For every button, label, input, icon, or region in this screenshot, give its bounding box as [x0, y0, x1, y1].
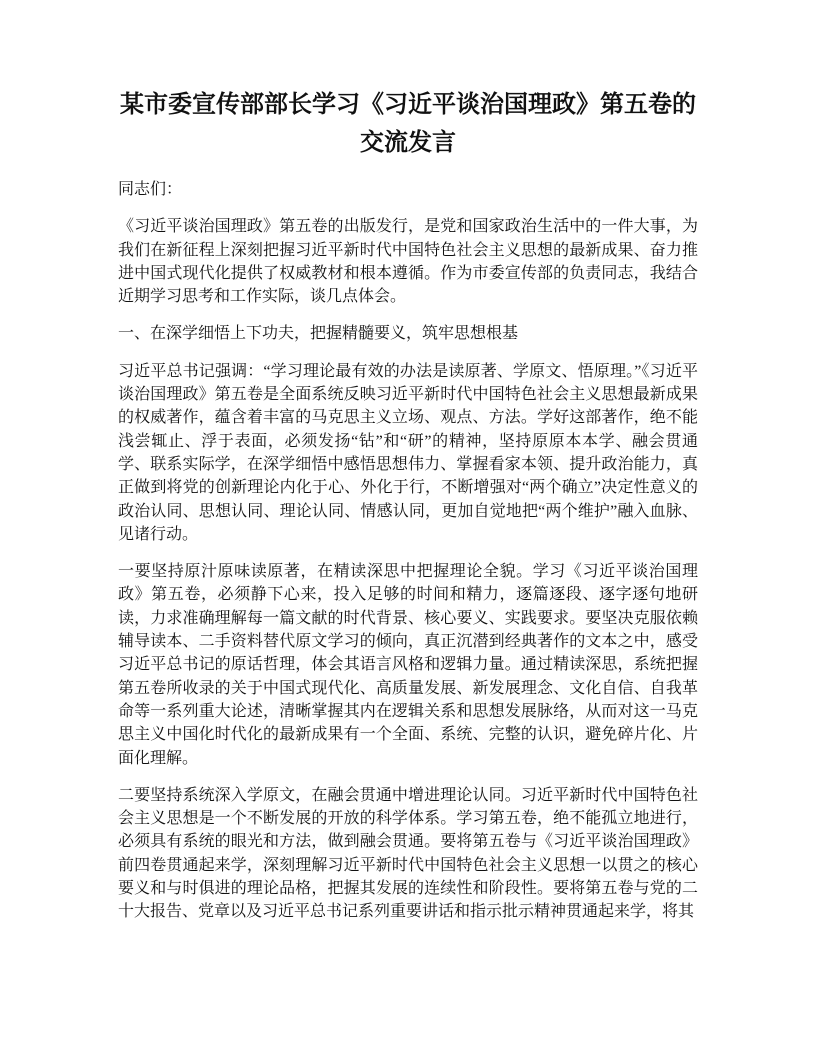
paragraph-point-1: 一要坚持原汁原味读原著，在精读深思中把握理论全貌。学习《习近平谈治国理政》第五卷…: [118, 560, 698, 770]
paragraph-section1-overview: 习近平总书记强调：“学习理论最有效的办法是读原著、学原文、悟原理。”《习近平谈治…: [118, 360, 698, 546]
paragraph-intro: 《习近平谈治国理政》第五卷的出版发行，是党和国家政治生活中的一件大事，为我们在新…: [118, 215, 698, 308]
salutation: 同志们：: [118, 178, 698, 201]
section-heading-1: 一、在深学细悟上下功夫，把握精髓要义，筑牢思想根基: [118, 322, 698, 345]
document-page: 某市委宣传部部长学习《习近平谈治国理政》第五卷的交流发言 同志们： 《习近平谈治…: [0, 0, 816, 1056]
paragraph-point-2: 二要坚持系统深入学原文，在融会贯通中增进理论认同。习近平新时代中国特色社会主义思…: [118, 784, 698, 924]
document-title: 某市委宣传部部长学习《习近平谈治国理政》第五卷的交流发言: [118, 86, 698, 162]
